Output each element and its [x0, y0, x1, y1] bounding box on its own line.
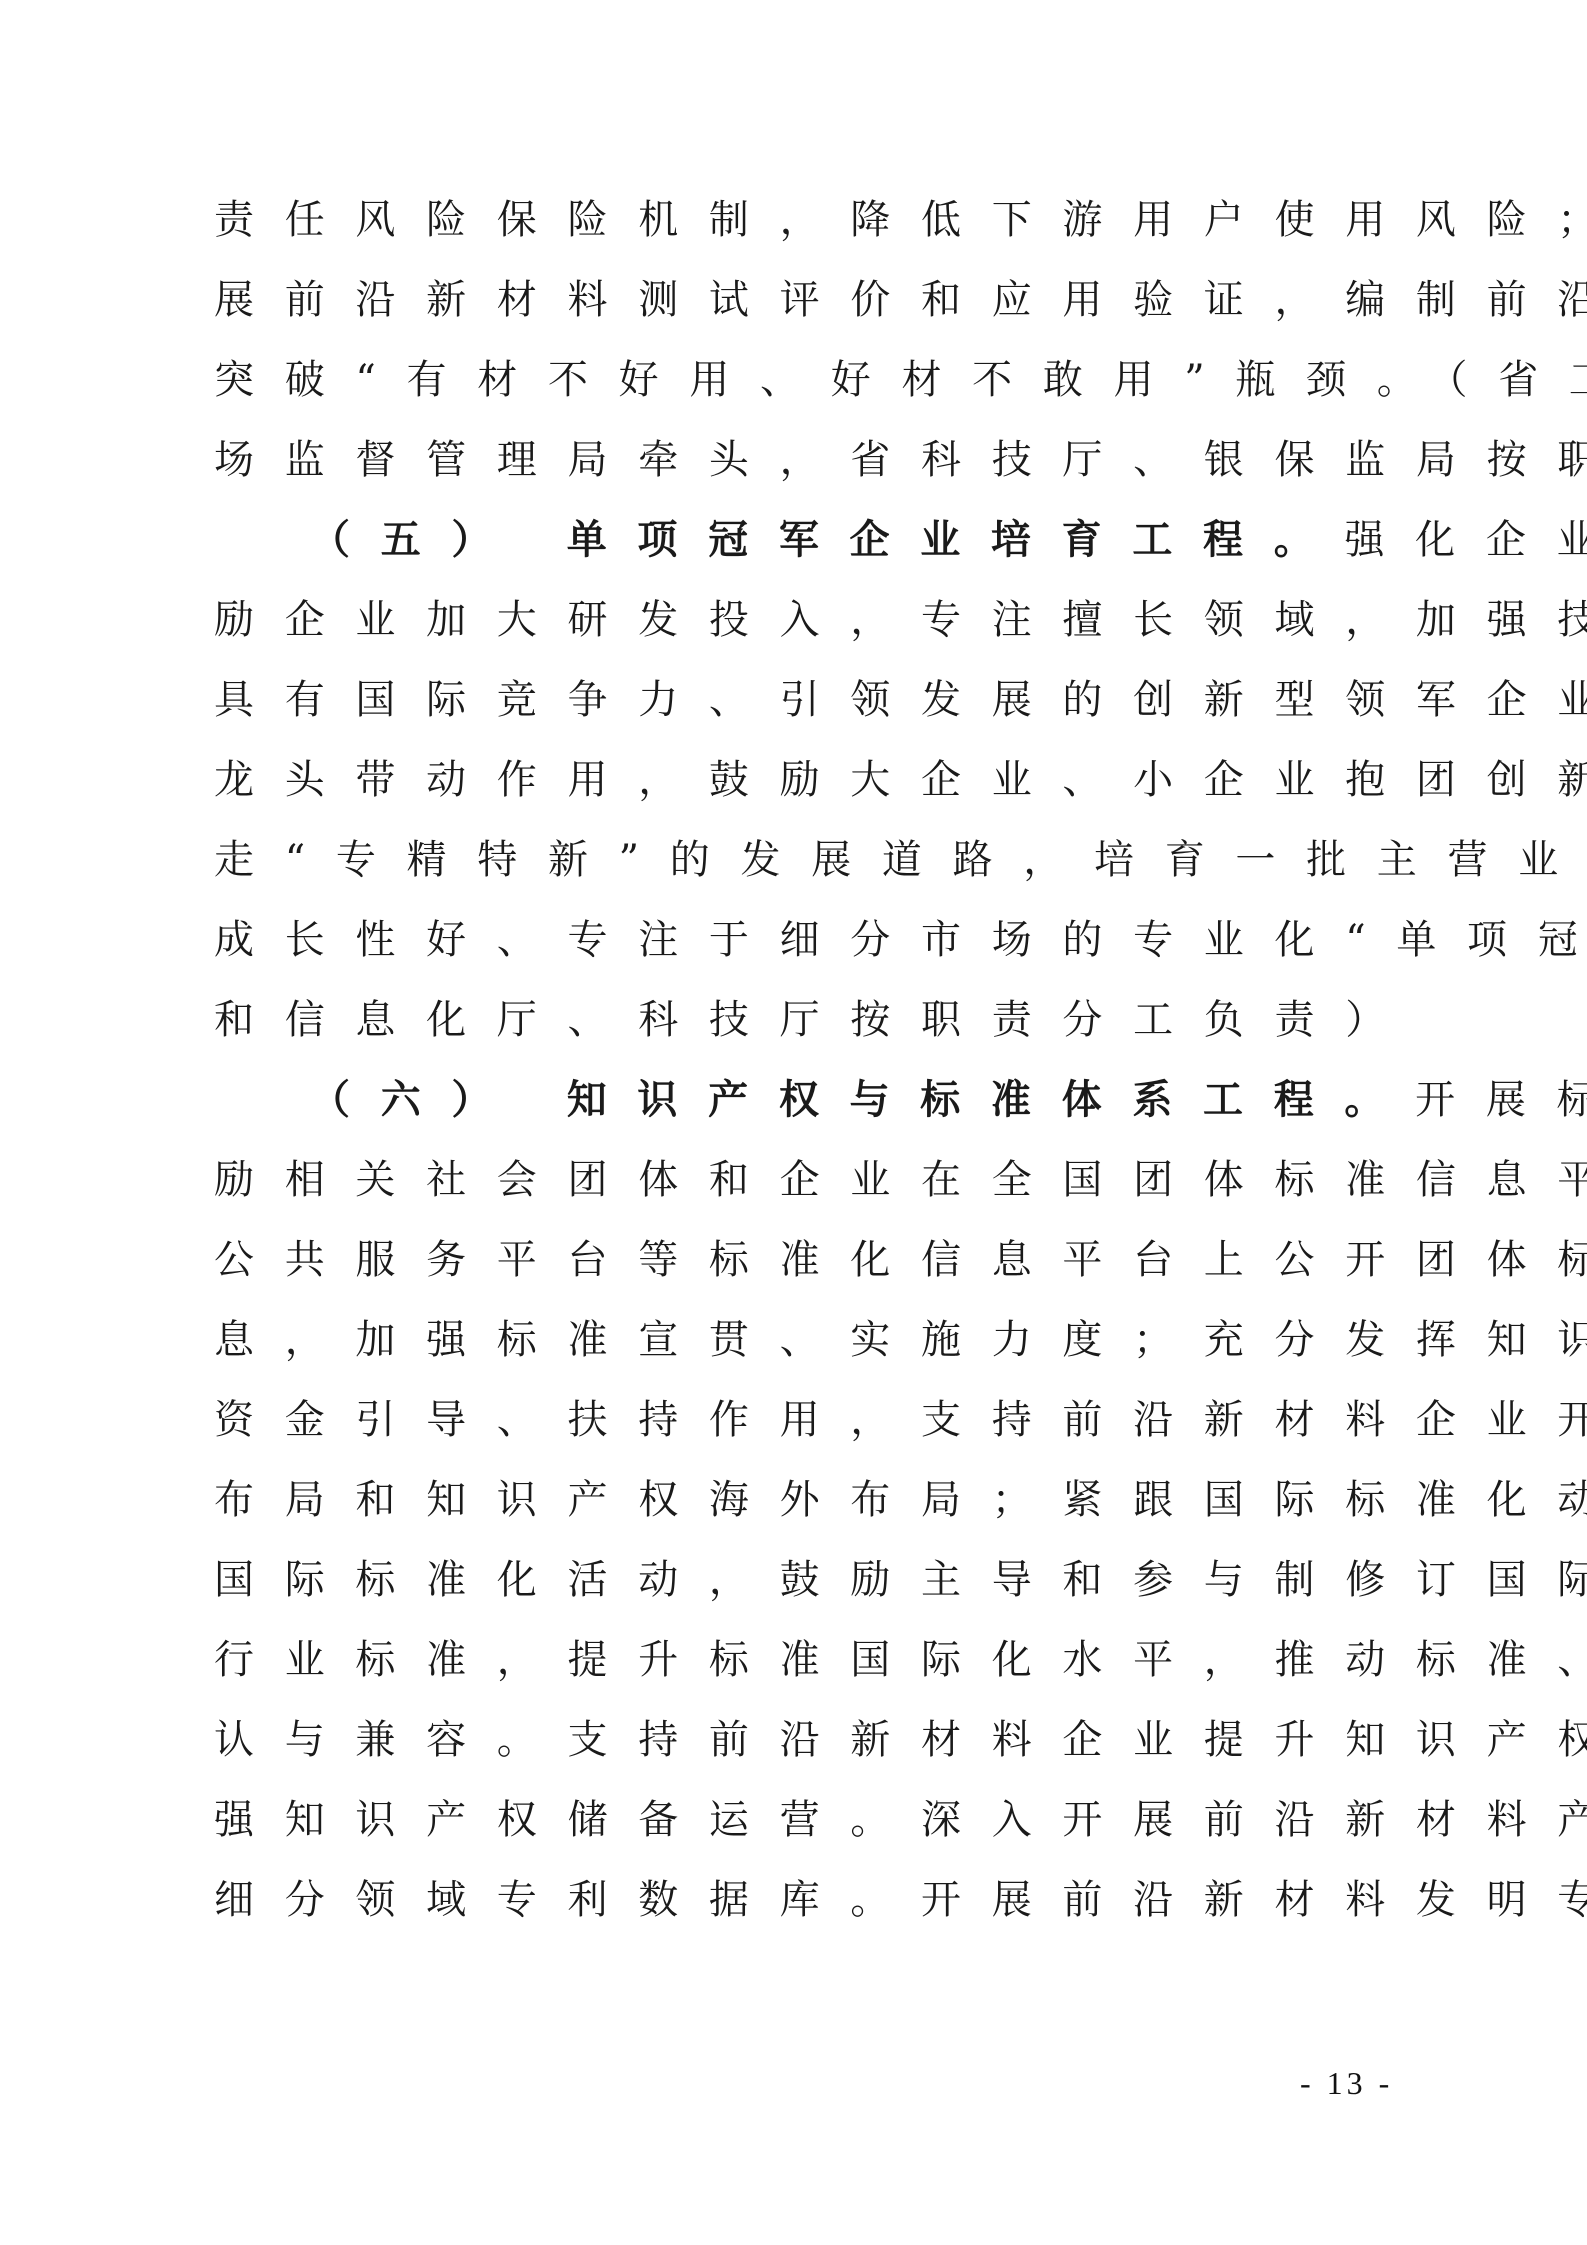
body-text: 责任风险保险机制，降低下游用户使用风险；鼓励第三方机构开 展前沿新材料测试评价和…	[214, 180, 1434, 1940]
text-line: （六） 知识产权与标准体系工程。开展标准化应用示范，鼓	[214, 1060, 1434, 1140]
text-line: 行业标准，提升标准国际化水平，推动标准、产品认证和标识互	[214, 1620, 1434, 1700]
text-line: 走“专精特新”的发展道路，培育一批主营业务突出、竞争力强、	[214, 820, 1434, 900]
text-line: 资金引导、扶持作用，支持前沿新材料企业开展高价值专利培育	[214, 1380, 1434, 1460]
paragraph-continuation: 责任风险保险机制，降低下游用户使用风险；鼓励第三方机构开 展前沿新材料测试评价和…	[214, 180, 1434, 500]
text-line: 公共服务平台等标准化信息平台上公开团体标准和企业标准信	[214, 1220, 1434, 1300]
text-run: 强化企业创新主体地位，激	[1344, 517, 1587, 563]
document-page: 责任风险保险机制，降低下游用户使用风险；鼓励第三方机构开 展前沿新材料测试评价和…	[0, 0, 1587, 2245]
text-line: 细分领域专利数据库。开展前沿新材料发明专利优先审查和专利	[214, 1860, 1434, 1940]
text-line: 成长性好、专注于细分市场的专业化“单项冠军”企业。（省工业	[214, 900, 1434, 980]
text-line: 国际标准化活动，鼓励主导和参与制修订国际标准、国家标准、	[214, 1540, 1434, 1620]
paragraph-section-5: （五） 单项冠军企业培育工程。强化企业创新主体地位，激 励企业加大研发投入，专注…	[214, 500, 1434, 1060]
text-line: 励企业加大研发投入，专注擅长领域，加强技术储备，着力打造	[214, 580, 1434, 660]
paragraph-section-6: （六） 知识产权与标准体系工程。开展标准化应用示范，鼓 励相关社会团体和企业在全…	[214, 1060, 1434, 1940]
text-line: 龙头带动作用，鼓励大企业、小企业抱团创新和发展。引导企业	[214, 740, 1434, 820]
text-line: 责任风险保险机制，降低下游用户使用风险；鼓励第三方机构开	[214, 180, 1434, 260]
text-line: 励相关社会团体和企业在全国团体标准信息平台、企业标准信息	[214, 1140, 1434, 1220]
section-heading: （五） 单项冠军企业培育工程。	[310, 517, 1344, 563]
text-line: 认与兼容。支持前沿新材料企业提升知识产权综合运用能力，加	[214, 1700, 1434, 1780]
page-number: - 13 -	[1300, 2065, 1393, 2102]
text-line: 布局和知识产权海外布局；紧跟国际标准化动态，支持企业参与	[214, 1460, 1434, 1540]
section-heading: （六） 知识产权与标准体系工程。	[310, 1077, 1415, 1123]
text-line: （五） 单项冠军企业培育工程。强化企业创新主体地位，激	[214, 500, 1434, 580]
text-line: 和信息化厅、科技厅按职责分工负责）	[214, 980, 1434, 1060]
text-line: 息，加强标准宣贯、实施力度；充分发挥知识产权与标准化专项	[214, 1300, 1434, 1380]
text-line: 强知识产权储备运营。深入开展前沿新材料产业专利导航，建立	[214, 1780, 1434, 1860]
text-line: 场监督管理局牵头，省科技厅、银保监局按职责分工负责）	[214, 420, 1434, 500]
text-line: 展前沿新材料测试评价和应用验证，编制前沿新材料应用指引，	[214, 260, 1434, 340]
text-line: 突破“有材不好用、好材不敢用”瓶颈。（省工业和信息化厅、市	[214, 340, 1434, 420]
text-run: 开展标准化应用示范，鼓	[1415, 1077, 1587, 1123]
text-line: 具有国际竞争力、引领发展的创新型领军企业。发挥领军企业的	[214, 660, 1434, 740]
